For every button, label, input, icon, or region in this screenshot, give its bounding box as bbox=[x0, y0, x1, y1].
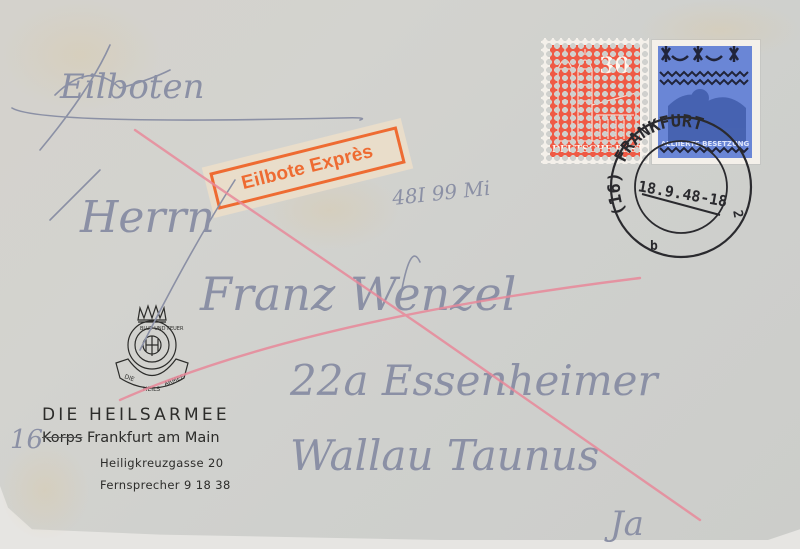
sower-icon: ALLIIERTE BESETZUNG bbox=[658, 46, 752, 158]
paper-stain bbox=[0, 0, 160, 110]
stamp-value: 30 bbox=[599, 53, 630, 79]
organization-branch: Korps Frankfurt am Main bbox=[42, 430, 231, 446]
svg-text:ALLIIERTE BESETZUNG: ALLIIERTE BESETZUNG bbox=[661, 140, 750, 148]
letterhead: DIE HEILSARMEE Korps Frankfurt am Main H… bbox=[42, 405, 231, 492]
organization-street: Heiligkreuzgasse 20 bbox=[100, 456, 231, 470]
stamp-inscription: DEUTSCHE POST bbox=[552, 144, 638, 155]
stamp-sower-overprint: ALLIIERTE BESETZUNG bbox=[652, 40, 760, 164]
organization-phone: Fernsprecher 9 18 38 bbox=[100, 478, 231, 492]
stamp-frauenkirche: 30 DEUTSCHE POST bbox=[541, 38, 649, 164]
phone-label: Fernsprecher bbox=[100, 478, 180, 492]
stamp-design: 30 DEUTSCHE POST bbox=[550, 45, 640, 157]
organization-name: DIE HEILSARMEE bbox=[42, 405, 231, 425]
branch-city: Frankfurt am Main bbox=[82, 430, 219, 446]
envelope: 30 DEUTSCHE POST bbox=[0, 0, 800, 549]
struck-word: Korps bbox=[42, 430, 82, 446]
stamp-design: ALLIIERTE BESETZUNG bbox=[658, 46, 752, 158]
phone-number: 9 18 38 bbox=[184, 478, 231, 492]
